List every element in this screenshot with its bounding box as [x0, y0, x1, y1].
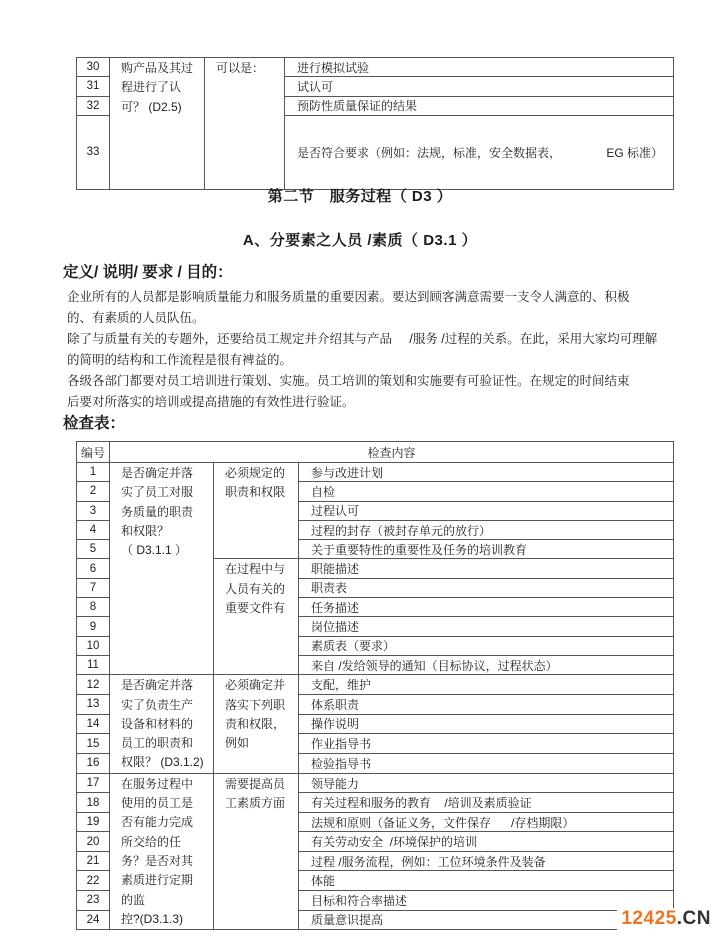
header-content-cell: 检查内容 — [110, 442, 674, 463]
check-item-cell: 自检 — [299, 482, 674, 501]
row-number-cell: 16 — [77, 754, 110, 774]
table-row: 17 在服务过程中 使用的员工是 否有能力完成 所交给的任 务？是否对其 素质进… — [77, 773, 674, 793]
row-number-cell: 32 — [77, 96, 110, 115]
check-item-cell: 来自 /发给领导的通知（目标协议，过程状态） — [299, 655, 674, 674]
check-item-cell: 有关过程和服务的教育 /培训及素质验证 — [299, 793, 674, 813]
qualifier-cell: 可以是： — [205, 58, 285, 190]
qualifier-cell: 在过程中与 人员有关的 重要文件有 — [214, 559, 299, 675]
row-number-cell: 18 — [77, 793, 110, 813]
question-cell: 在服务过程中 使用的员工是 否有能力完成 所交给的任 务？是否对其 素质进行定期… — [110, 773, 214, 929]
row-number-cell: 17 — [77, 773, 110, 793]
question-cell: 是否确定并落 实了负责生产 设备和材料的 员工的职责和 权限？ (D3.1.2) — [110, 675, 214, 773]
check-item-cell: 职责表 — [299, 578, 674, 597]
check-item-cell: 体能 — [299, 871, 674, 891]
check-item-cell: 参与改进计划 — [299, 463, 674, 482]
check-item-cell: 关于重要特性的重要性及任务的培训教育 — [299, 540, 674, 559]
check-item-cell: 素质表（要求） — [299, 636, 674, 655]
question-cell: 是否确定并落 实了员工对服 务质量的职责 和权限？ （ D3.1.1 ） — [110, 463, 214, 675]
check-item-cell: 过程 /服务流程，例如：工位环境条件及装备 — [299, 851, 674, 871]
row-number-cell: 12 — [77, 675, 110, 695]
row-number-cell: 10 — [77, 636, 110, 655]
row-number-cell: 3 — [77, 501, 110, 520]
definition-paragraphs: 企业所有的人员都是影响质量能力和服务质量的重要因素。要达到顾客满意需要一支令人满… — [67, 287, 667, 413]
check-item-cell: 职能描述 — [299, 559, 674, 578]
section-heading: 第二节 服务过程（ D3 ） — [0, 185, 720, 206]
table-row: 30 购产品及其过 程进行了认 可？ (D2.5) 可以是： 进行模拟试验 — [77, 58, 674, 77]
qualifier-cell: 必须确定并 落实下列职 责和权限， 例如 — [214, 675, 299, 773]
row-number-cell: 24 — [77, 910, 110, 930]
paragraph: 各级各部门都要对员工培训进行策划、实施。员工培训的策划和实施要有可验证性。在规定… — [67, 371, 667, 413]
check-item-cell: 进行模拟试验 — [285, 58, 674, 77]
check-item-cell: 支配，维护 — [299, 675, 674, 695]
qualifier-cell: 必须规定的 职责和权限 — [214, 463, 299, 559]
check-item-cell: 有关劳动安全 /环境保护的培训 — [299, 832, 674, 852]
row-number-cell: 6 — [77, 559, 110, 578]
check-item-cell: 预防性质量保证的结果 — [285, 96, 674, 115]
row-number-cell: 15 — [77, 734, 110, 754]
check-item-cell: 法规和原则（备证义务，文件保存 /存档期限） — [299, 812, 674, 832]
row-number-cell: 22 — [77, 871, 110, 891]
site-watermark: 12425.CN — [617, 908, 711, 930]
row-number-cell: 5 — [77, 540, 110, 559]
row-number-cell: 23 — [77, 891, 110, 911]
checklist-heading: 检查表： — [63, 411, 125, 433]
check-item-cell: 任务描述 — [299, 598, 674, 617]
row-number-cell: 4 — [77, 520, 110, 539]
check-item-text: 是否符合要求（例如：法规，标准，安全数据表， — [297, 144, 561, 161]
check-item-cell: 体系职责 — [299, 694, 674, 714]
row-number-cell: 2 — [77, 482, 110, 501]
table-header-row: 编号 检查内容 — [77, 442, 674, 463]
document-page: 30 购产品及其过 程进行了认 可？ (D2.5) 可以是： 进行模拟试验 31… — [0, 0, 720, 944]
table-row: 12 是否确定并落 实了负责生产 设备和材料的 员工的职责和 权限？ (D3.1… — [77, 675, 674, 695]
header-number-cell: 编号 — [77, 442, 110, 463]
row-number-cell: 13 — [77, 694, 110, 714]
paragraph: 企业所有的人员都是影响质量能力和服务质量的重要因素。要达到顾客满意需要一支令人满… — [67, 287, 667, 329]
check-item-right-text: EG 标准） — [606, 144, 663, 161]
row-number-cell: 19 — [77, 812, 110, 832]
main-checklist-table: 编号 检查内容 1 是否确定并落 实了员工对服 务质量的职责 和权限？ （ D3… — [76, 441, 674, 930]
row-number-cell: 7 — [77, 578, 110, 597]
row-number-cell: 30 — [77, 58, 110, 77]
table-row: 1 是否确定并落 实了员工对服 务质量的职责 和权限？ （ D3.1.1 ） 必… — [77, 463, 674, 482]
row-number-cell: 33 — [77, 115, 110, 189]
definition-heading: 定义/ 说明/ 要求 / 目的： — [63, 260, 233, 282]
check-item-cell: 岗位描述 — [299, 617, 674, 636]
watermark-domain-text: .CN — [677, 908, 711, 929]
row-number-cell: 21 — [77, 851, 110, 871]
row-number-cell: 9 — [77, 617, 110, 636]
row-number-cell: 1 — [77, 463, 110, 482]
row-number-cell: 20 — [77, 832, 110, 852]
check-item-cell: 试认可 — [285, 77, 674, 96]
watermark-number-text: 12425 — [621, 908, 676, 929]
row-number-cell: 31 — [77, 77, 110, 96]
check-item-cell: 作业指导书 — [299, 734, 674, 754]
row-number-cell: 11 — [77, 655, 110, 674]
paragraph: 除了与质量有关的专题外，还要给员工规定并介绍其与产品 /服务 /过程的关系。在此… — [67, 329, 667, 371]
qualifier-cell: 需要提高员 工素质方面 — [214, 773, 299, 929]
check-item-cell: 过程认可 — [299, 501, 674, 520]
check-item-cell: 过程的封存（被封存单元的放行） — [299, 520, 674, 539]
row-number-cell: 8 — [77, 598, 110, 617]
subsection-heading: A、分要素之人员 /素质（ D3.1 ） — [0, 229, 720, 250]
check-item-cell: 检验指导书 — [299, 754, 674, 774]
question-cell: 购产品及其过 程进行了认 可？ (D2.5) — [110, 58, 205, 190]
check-item-cell: 操作说明 — [299, 714, 674, 734]
top-checklist-table: 30 购产品及其过 程进行了认 可？ (D2.5) 可以是： 进行模拟试验 31… — [76, 57, 674, 190]
check-item-cell: 领导能力 — [299, 773, 674, 793]
row-number-cell: 14 — [77, 714, 110, 734]
check-item-cell: 是否符合要求（例如：法规，标准，安全数据表， EG 标准） — [285, 115, 674, 189]
